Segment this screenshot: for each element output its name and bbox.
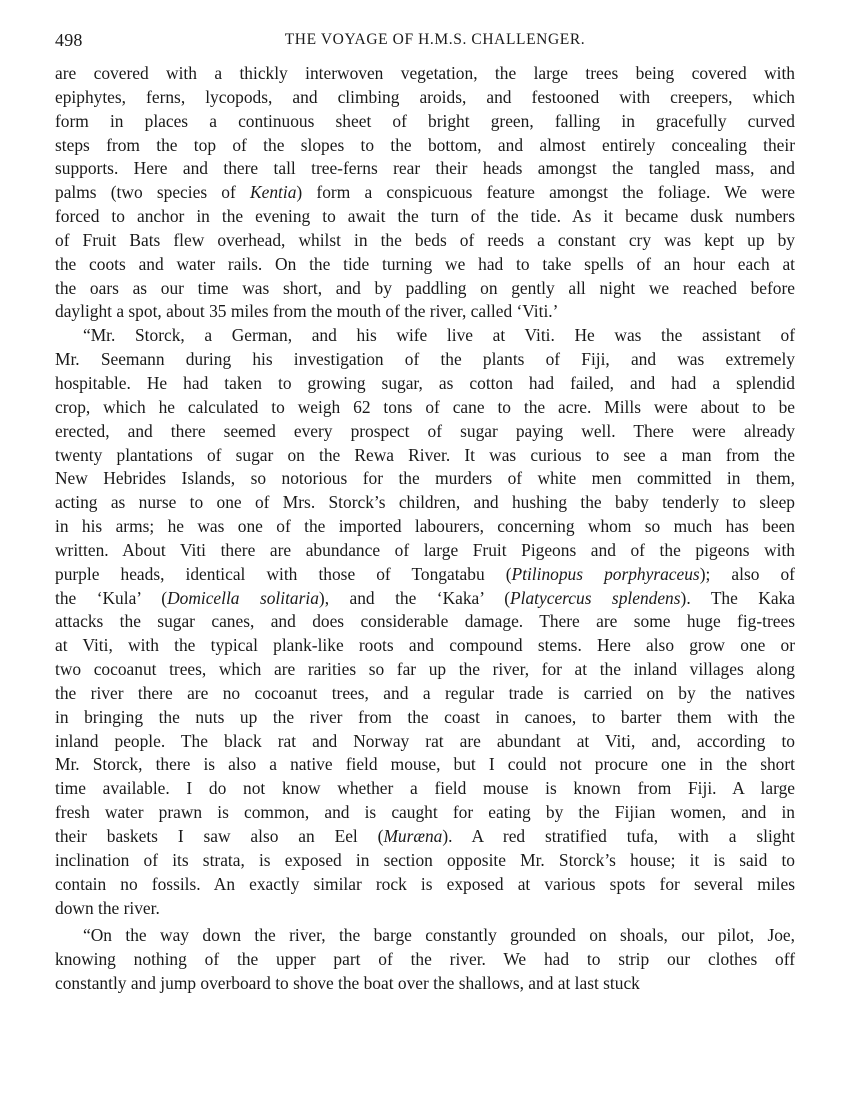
text-line: their baskets I saw also an Eel (Muræna)…	[55, 825, 795, 849]
text-line: at Viti, with the typical plank-like roo…	[55, 634, 795, 658]
text-line: acting as nurse to one of Mrs. Storck’s …	[55, 491, 795, 515]
text-line: down the river.	[55, 897, 795, 921]
text-line: New Hebrides Islands, so notorious for t…	[55, 467, 795, 491]
italic-term: Muræna	[383, 826, 442, 846]
text-line: the coots and water rails. On the tide t…	[55, 253, 795, 277]
paragraph: are covered with a thickly interwoven ve…	[55, 62, 795, 324]
text-line: purple heads, identical with those of To…	[55, 563, 795, 587]
running-header: 498 THE VOYAGE OF H.M.S. CHALLENGER.	[55, 30, 795, 54]
text-line: of Fruit Bats flew overhead, whilst in t…	[55, 229, 795, 253]
text-line: inland people. The black rat and Norway …	[55, 730, 795, 754]
text-line: written. About Viti there are abundance …	[55, 539, 795, 563]
text-line: form in places a continuous sheet of bri…	[55, 110, 795, 134]
text-line: two cocoanut trees, which are rarities s…	[55, 658, 795, 682]
italic-term: Domicella solitaria	[167, 588, 319, 608]
text-line: forced to anchor in the evening to await…	[55, 205, 795, 229]
text-line: epiphytes, ferns, lycopods, and climbing…	[55, 86, 795, 110]
text-line: attacks the sugar canes, and does consid…	[55, 610, 795, 634]
text-line: are covered with a thickly interwoven ve…	[55, 62, 795, 86]
text-line: Mr. Storck, there is also a native field…	[55, 753, 795, 777]
text-line: “On the way down the river, the barge co…	[55, 924, 795, 948]
text-line: in his arms; he was one of the imported …	[55, 515, 795, 539]
text-line: twenty plantations of sugar on the Rewa …	[55, 444, 795, 468]
text-line: time available. I do not know whether a …	[55, 777, 795, 801]
text-line: supports. Here and there tall tree-ferns…	[55, 157, 795, 181]
book-page: 498 THE VOYAGE OF H.M.S. CHALLENGER. are…	[0, 0, 850, 1100]
text-line: the river there are no cocoanut trees, a…	[55, 682, 795, 706]
text-line: Mr. Seemann during his investigation of …	[55, 348, 795, 372]
text-line: contain no fossils. An exactly similar r…	[55, 873, 795, 897]
text-line: hospitable. He had taken to growing suga…	[55, 372, 795, 396]
italic-term: Kentia	[250, 182, 296, 202]
text-line: daylight a spot, about 35 miles from the…	[55, 300, 795, 324]
paragraph: “On the way down the river, the barge co…	[55, 924, 795, 996]
text-line: fresh water prawn is common, and is caug…	[55, 801, 795, 825]
text-line: knowing nothing of the upper part of the…	[55, 948, 795, 972]
text-line: “Mr. Storck, a German, and his wife live…	[55, 324, 795, 348]
text-line: constantly and jump overboard to shove t…	[55, 972, 795, 996]
text-line: the ‘Kula’ (Domicella solitaria), and th…	[55, 587, 795, 611]
text-line: in bringing the nuts up the river from t…	[55, 706, 795, 730]
text-line: crop, which he calculated to weigh 62 to…	[55, 396, 795, 420]
italic-term: Platycercus splendens	[510, 588, 681, 608]
italic-term: Ptilinopus porphyraceus	[512, 564, 700, 584]
text-line: steps from the top of the slopes to the …	[55, 134, 795, 158]
text-line: the oars as our time was short, and by p…	[55, 277, 795, 301]
text-line: palms (two species of Kentia) form a con…	[55, 181, 795, 205]
body-text: are covered with a thickly interwoven ve…	[55, 62, 795, 996]
text-line: erected, and there seemed every prospect…	[55, 420, 795, 444]
paragraph: “Mr. Storck, a German, and his wife live…	[55, 324, 795, 920]
text-line: inclination of its strata, is exposed in…	[55, 849, 795, 873]
running-title: THE VOYAGE OF H.M.S. CHALLENGER.	[55, 31, 795, 49]
